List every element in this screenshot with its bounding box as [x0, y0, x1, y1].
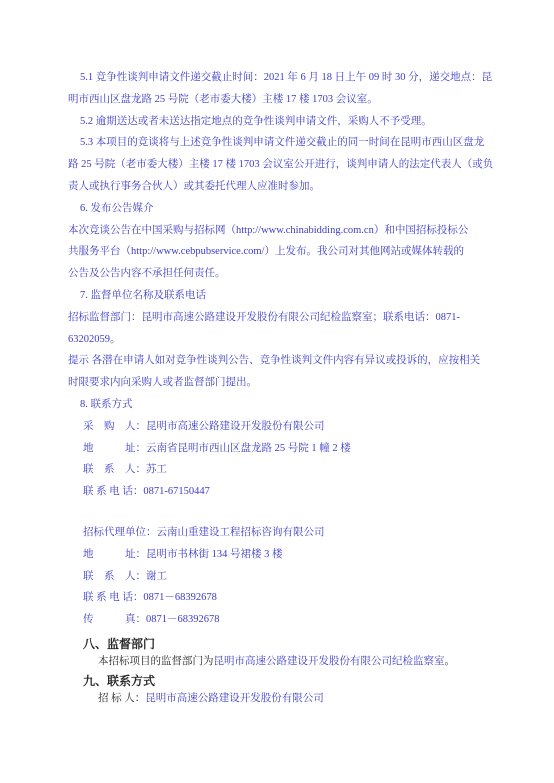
- agency-contact-value: 谢工: [146, 571, 167, 582]
- clause-5-1-line-2: 明市西山区盘龙路 25 号院（老市委大楼）主楼 17 楼 1703 会议室。: [68, 89, 488, 111]
- media-line-2: 共服务平台（http://www.cebpubservice.com/）上发布。…: [68, 241, 488, 263]
- purchaser-name-row: 采 购 人：昆明市高速公路建设开发股份有限公司: [68, 416, 488, 438]
- agency-address-label: 地 址：: [83, 549, 146, 560]
- media-line-3: 公告及公告内容不承担任何责任。: [68, 263, 488, 285]
- tip-line-2: 时限要求内向采购人或者监督部门提出。: [68, 372, 488, 394]
- purchaser-address-value: 云南省昆明市西山区盘龙路 25 号院 1 幢 2 楼: [146, 443, 351, 454]
- purchaser-phone-label: 联 系 电 话：: [83, 486, 143, 497]
- agency-fax-value: 0871－68392678: [146, 614, 220, 625]
- agency-unit-value: 云南山重建设工程招标咨询有限公司: [157, 527, 325, 538]
- section-8-heading: 8. 联系方式: [68, 394, 488, 416]
- purchaser-name-value: 昆明市高速公路建设开发股份有限公司: [146, 421, 325, 432]
- tip-line-1: 提示 各潜在申请人如对竞争性谈判公告、竞争性谈判文件内容有异议或投诉的，应按相关: [68, 350, 488, 372]
- purchaser-phone-value: 0871-67150447: [143, 486, 210, 497]
- supervision-department-org: 昆明市高速公路建设开发股份有限公司纪检监察室: [214, 656, 445, 667]
- clause-5-3-line-3: 责人或执行事务合伙人）或其委托代理人应准时参加。: [68, 176, 488, 198]
- agency-fax-row: 传 真：0871－68392678: [68, 609, 488, 631]
- section-7-heading: 7. 监督单位名称及联系电话: [68, 285, 488, 307]
- supervision-line-1: 招标监督部门：昆明市高速公路建设开发股份有限公司纪检监察室；联系电话：0871-: [68, 307, 488, 329]
- supervision-line-2: 63202059。: [68, 329, 488, 351]
- bottom-sections: 八、监督部门 本招标项目的监督部门为昆明市高速公路建设开发股份有限公司纪检监察室…: [68, 635, 488, 709]
- agency-unit-label: 招标代理单位：: [83, 527, 157, 538]
- announcement-body: 5.1 竞争性谈判申请文件递交截止时间：2021 年 6 月 18 日上午 09…: [68, 67, 488, 709]
- agency-phone-label: 联 系 电 话：: [83, 592, 143, 603]
- agency-phone-value: 0871－68392678: [143, 592, 217, 603]
- agency-address-value: 昆明市书林街 134 号裙楼 3 楼: [146, 549, 283, 560]
- media-line-1: 本次竞谈公告在中国采购与招标网（http://www.chinabidding.…: [68, 220, 488, 242]
- clause-5-3-line-1: 5.3 本项目的竞谈将与上述竞争性谈判申请文件递交截止的同一时间在昆明市西山区盘…: [68, 132, 488, 154]
- purchaser-address-row: 地 址：云南省昆明市西山区盘龙路 25 号院 1 幢 2 楼: [68, 438, 488, 460]
- purchaser-address-label: 地 址：: [83, 443, 146, 454]
- agency-contact-label: 联 系 人：: [83, 571, 146, 582]
- agency-phone-row: 联 系 电 话：0871－68392678: [68, 587, 488, 609]
- bidder-label: 招 标 人：: [98, 693, 145, 704]
- purchaser-contact-label: 联 系 人：: [83, 464, 146, 475]
- agency-unit-row: 招标代理单位：云南山重建设工程招标咨询有限公司: [68, 522, 488, 544]
- purchaser-contact-row: 联 系 人：苏工: [68, 459, 488, 481]
- section-9cn-heading: 九、联系方式: [68, 672, 488, 691]
- agency-address-row: 地 址：昆明市书林街 134 号裙楼 3 楼: [68, 544, 488, 566]
- clause-5-1-line-1: 5.1 竞争性谈判申请文件递交截止时间：2021 年 6 月 18 日上午 09…: [68, 67, 488, 89]
- section-8cn-heading: 八、监督部门: [68, 635, 488, 654]
- supervision-department-line: 本招标项目的监督部门为昆明市高速公路建设开发股份有限公司纪检监察室。: [68, 653, 488, 672]
- purchaser-contact-value: 苏工: [146, 464, 167, 475]
- bidder-row: 招 标 人：昆明市高速公路建设开发股份有限公司: [68, 690, 488, 709]
- agency-fax-label: 传 真：: [83, 614, 146, 625]
- agency-contact-row: 联 系 人：谢工: [68, 566, 488, 588]
- document-page: 5.1 竞争性谈判申请文件递交截止时间：2021 年 6 月 18 日上午 09…: [0, 0, 554, 783]
- purchaser-name-label: 采 购 人：: [83, 421, 146, 432]
- supervision-department-prefix: 本招标项目的监督部门为: [98, 656, 214, 667]
- clause-5-2: 5.2 逾期送达或者未送达指定地点的竞争性谈判申请文件，采购人不予受理。: [68, 111, 488, 133]
- section-6-heading: 6. 发布公告媒介: [68, 198, 488, 220]
- bidder-value: 昆明市高速公路建设开发股份有限公司: [145, 693, 324, 704]
- purchaser-phone-row: 联 系 电 话：0871-67150447: [68, 481, 488, 503]
- clause-5-3-line-2: 路 25 号院（老市委大楼）主楼 17 楼 1703 会议室公开进行，谈判申请人…: [68, 154, 488, 176]
- supervision-department-stop: 。: [445, 656, 456, 667]
